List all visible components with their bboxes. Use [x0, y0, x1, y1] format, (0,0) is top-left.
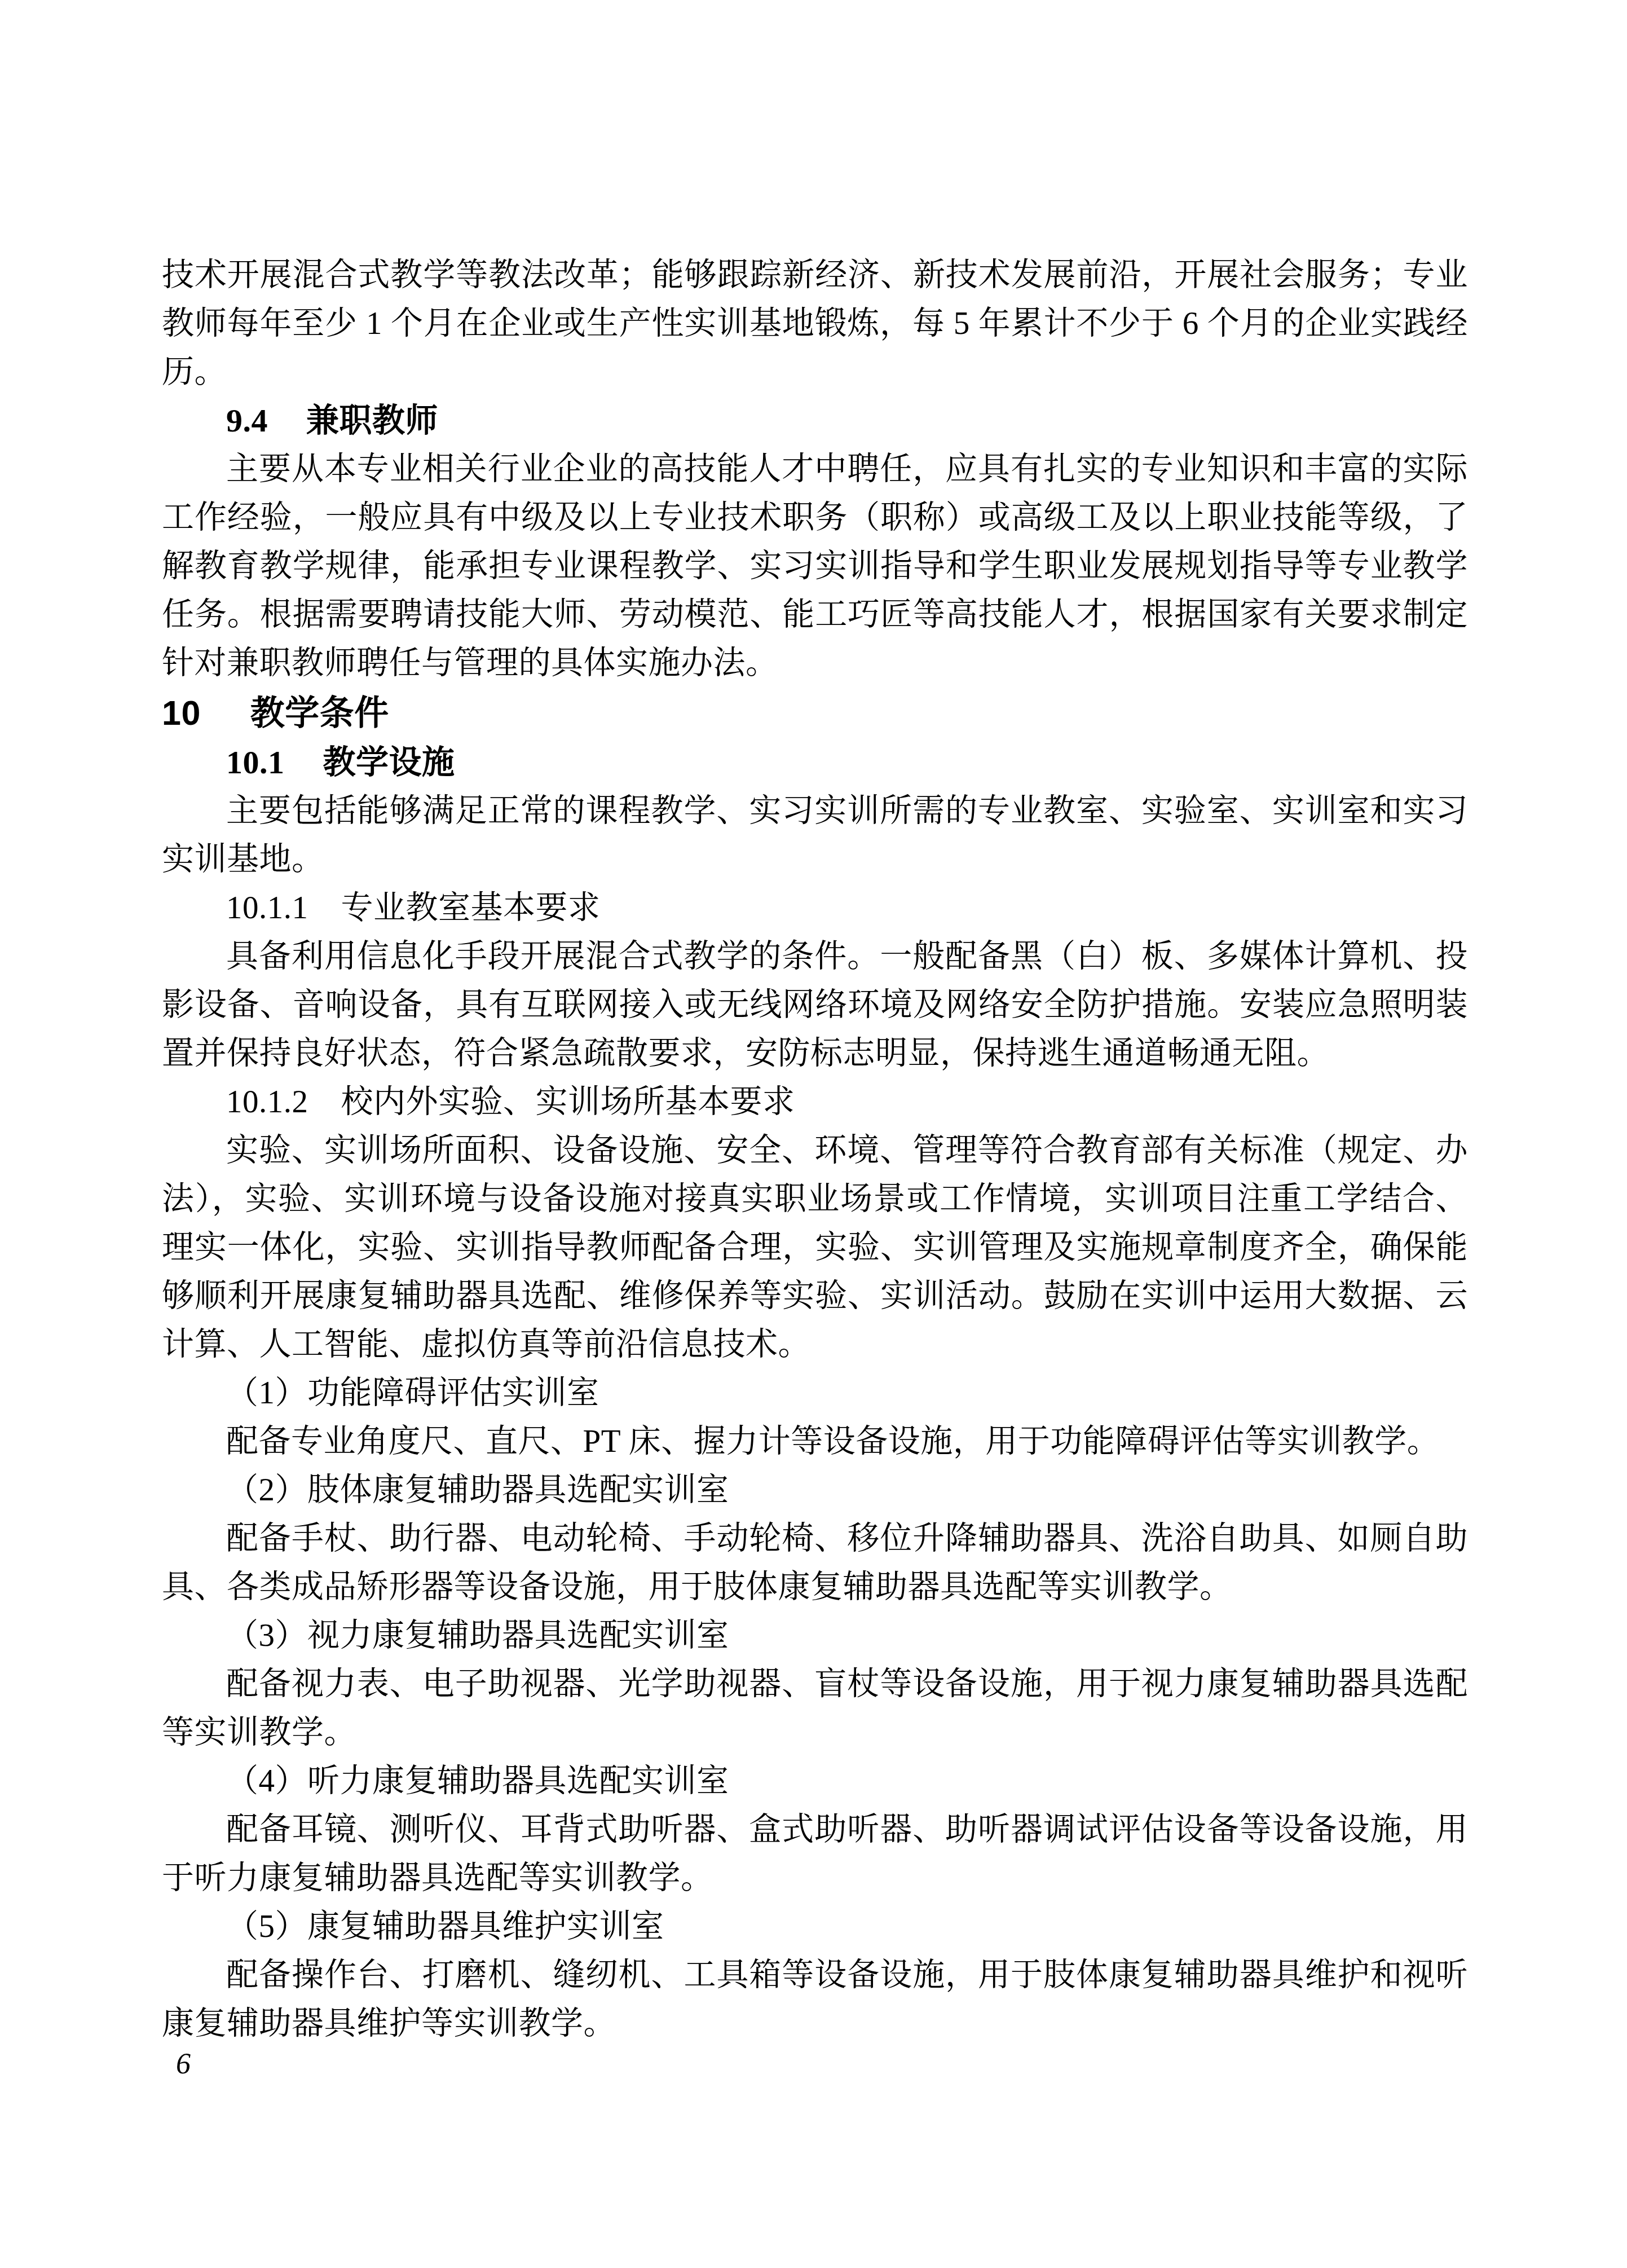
heading-9-4-number: 9.4 — [226, 402, 268, 439]
training-room-5-description: 配备操作台、打磨机、缝纫机、工具箱等设备设施，用于肢体康复辅助器具维护和视听康复… — [162, 1951, 1468, 2048]
training-room-1-description: 配备专业角度尺、直尺、PT 床、握力计等设备设施，用于功能障碍评估等实训教学。 — [162, 1417, 1468, 1466]
heading-10-number: 10 — [162, 694, 201, 732]
paragraph-fulltime-teacher-continuation: 技术开展混合式教学等教法改革；能够跟踪新经济、新技术发展前沿，开展社会服务；专业… — [162, 251, 1468, 397]
heading-10-chapter: 10教学条件 — [162, 688, 1468, 738]
heading-10-1-title: 教学设施 — [323, 744, 455, 781]
heading-10-1-1-title: 专业教室基本要求 — [341, 890, 601, 926]
heading-9-4: 9.4兼职教师 — [162, 397, 1468, 445]
training-room-3-description: 配备视力表、电子助视器、光学助视器、盲杖等设备设施，用于视力康复辅助器具选配等实… — [162, 1660, 1468, 1757]
paragraph-classroom-requirements: 具备利用信息化手段开展混合式教学的条件。一般配备黑（白）板、多媒体计算机、投影设… — [162, 932, 1468, 1078]
training-room-3-label: （3）视力康复辅助器具选配实训室 — [162, 1611, 1468, 1660]
training-room-4-label: （4）听力康复辅助器具选配实训室 — [162, 1757, 1468, 1805]
training-room-5-label: （5）康复辅助器具维护实训室 — [162, 1903, 1468, 1951]
training-room-2-label: （2）肢体康复辅助器具选配实训室 — [162, 1466, 1468, 1514]
page-number: 6 — [176, 2047, 191, 2081]
document-page: 技术开展混合式教学等教法改革；能够跟踪新经济、新技术发展前沿，开展社会服务；专业… — [0, 0, 1627, 2268]
paragraph-lab-requirements: 实验、实训场所面积、设备设施、安全、环境、管理等符合教育部有关标准（规定、办法）… — [162, 1126, 1468, 1369]
paragraph-parttime-teacher: 主要从本专业相关行业企业的高技能人才中聘任，应具有扎实的专业知识和丰富的实际工作… — [162, 445, 1468, 688]
heading-10-1-2: 10.1.2校内外实验、实训场所基本要求 — [162, 1078, 1468, 1126]
heading-10-1: 10.1教学设施 — [162, 738, 1468, 787]
heading-10-1-number: 10.1 — [226, 744, 285, 781]
heading-9-4-title: 兼职教师 — [306, 402, 438, 439]
training-room-2-description: 配备手杖、助行器、电动轮椅、手动轮椅、移位升降辅助器具、洗浴自助具、如厕自助具、… — [162, 1514, 1468, 1611]
heading-10-1-2-title: 校内外实验、实训场所基本要求 — [341, 1084, 795, 1120]
training-room-4-description: 配备耳镜、测听仪、耳背式助听器、盒式助听器、助听器调试评估设备等设备设施，用于听… — [162, 1805, 1468, 1903]
heading-10-title: 教学条件 — [250, 694, 389, 732]
training-room-1-label: （1）功能障碍评估实训室 — [162, 1369, 1468, 1417]
paragraph-facilities-intro: 主要包括能够满足正常的课程教学、实习实训所需的专业教室、实验室、实训室和实习实训… — [162, 787, 1468, 884]
heading-10-1-1: 10.1.1专业教室基本要求 — [162, 884, 1468, 932]
page-body-text: 技术开展混合式教学等教法改革；能够跟踪新经济、新技术发展前沿，开展社会服务；专业… — [162, 251, 1468, 2048]
heading-10-1-1-number: 10.1.1 — [226, 890, 308, 926]
heading-10-1-2-number: 10.1.2 — [226, 1084, 308, 1120]
